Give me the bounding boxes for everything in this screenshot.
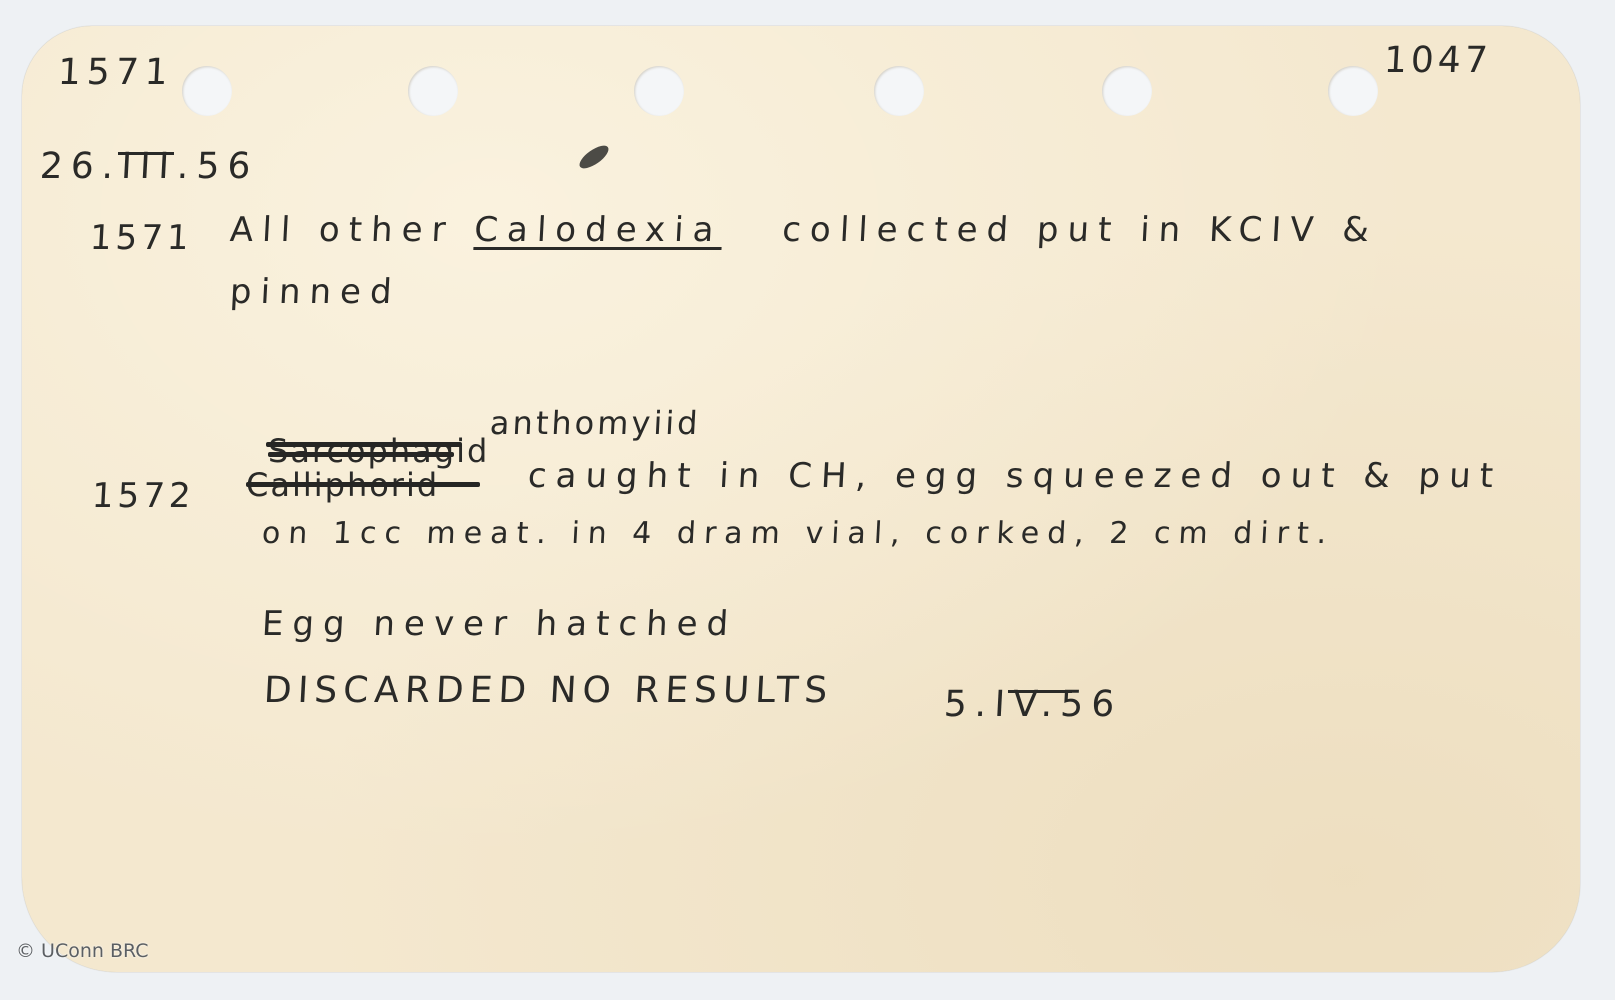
punch-hole: [182, 66, 232, 116]
struck-word-1: Sarcophagid: [268, 432, 489, 470]
strike-line: [246, 482, 480, 487]
entry-1572-note: Egg never hatched: [261, 604, 738, 644]
entry-1571-line1: All other Calodexia collected put in KCI…: [229, 210, 1379, 250]
result-status: DISCARDED NO RESULTS: [263, 670, 834, 711]
entry-1572-number: 1572: [91, 476, 196, 516]
copyright-notice: © UConn BRC: [16, 940, 149, 962]
scan-stage: 1571 1047 26.III.56 1571 All other Calod…: [0, 0, 1615, 1000]
entry-1571-suffix: collected put in KCIV &: [781, 210, 1379, 250]
punch-hole: [634, 66, 684, 116]
entry-1572-line2: on 1cc meat. in 4 dram vial, corked, 2 c…: [261, 516, 1335, 551]
entry-1571-prefix: All other: [229, 210, 456, 250]
punch-hole: [408, 66, 458, 116]
insertion-word: anthomyiid: [489, 404, 701, 442]
strike-line: [268, 452, 454, 457]
punch-hole: [1328, 66, 1378, 116]
result-date-overline: [1008, 690, 1072, 693]
genus-name: Calodexia: [473, 210, 723, 250]
strike-line: [266, 442, 462, 447]
entry-1572-line1: caught in CH, egg squeezed out & put: [527, 456, 1503, 496]
entry-1571-line2: pinned: [229, 272, 402, 312]
entry-1571-number: 1571: [89, 218, 194, 258]
date-overline: [118, 152, 174, 155]
card-number-left: 1571: [57, 52, 175, 93]
punch-hole: [1102, 66, 1152, 116]
card-number-right: 1047: [1383, 40, 1493, 81]
punch-hole: [874, 66, 924, 116]
